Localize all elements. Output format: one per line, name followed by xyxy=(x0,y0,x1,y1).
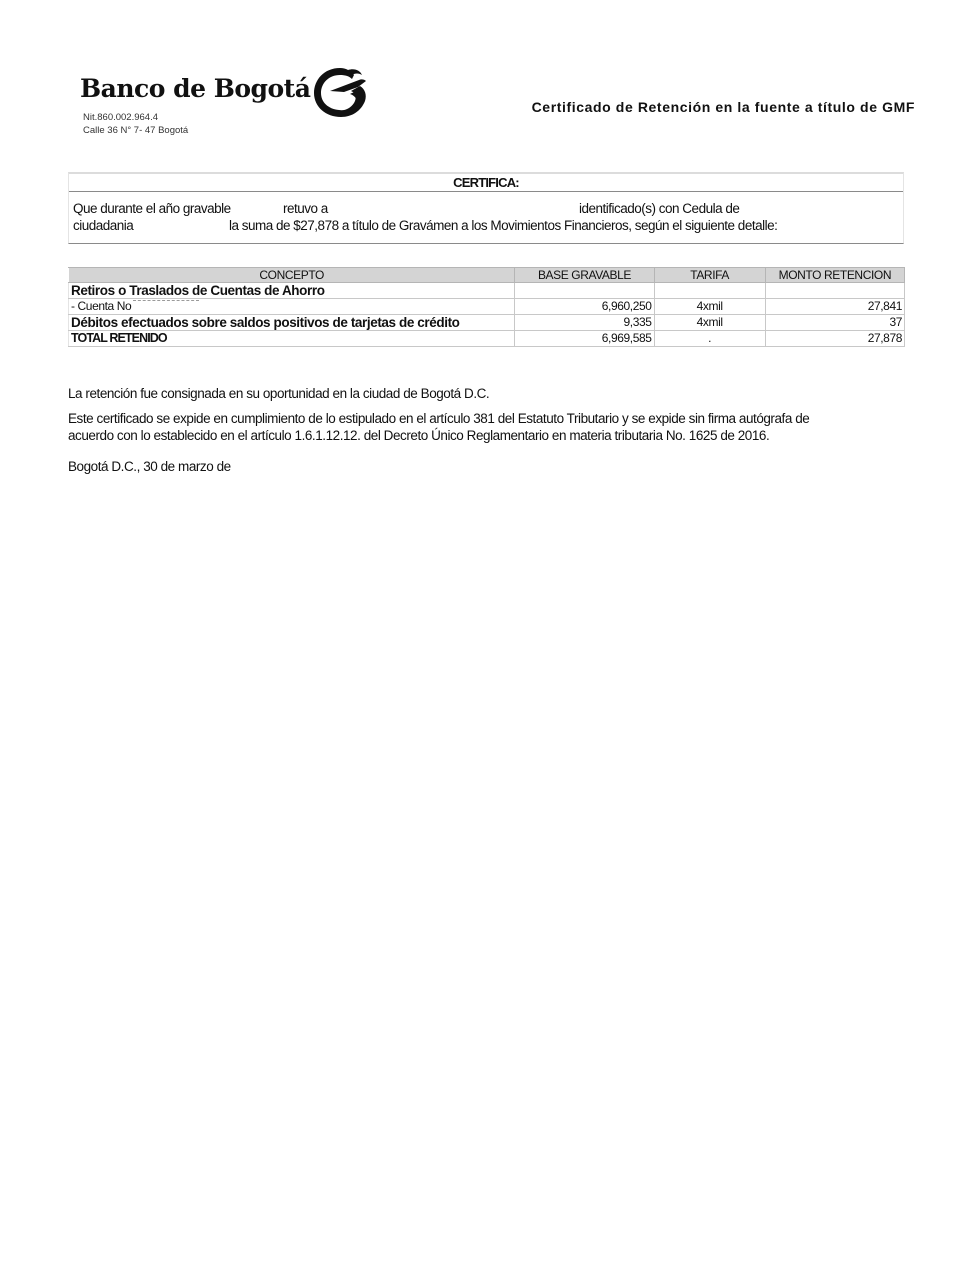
bank-logo-icon xyxy=(310,64,370,120)
tarifa-cell: 4xmil xyxy=(654,299,765,315)
column-header-monto-retencion: MONTO RETENCION xyxy=(765,268,904,283)
tarifa-cell xyxy=(654,283,765,299)
monto-retencion-cell: 27,878 xyxy=(765,331,904,347)
certifica-text-retained: retuvo a xyxy=(283,201,328,216)
certifica-text-identified: identificado(s) con Cedula de xyxy=(579,201,739,216)
base-gravable-cell: 9,335 xyxy=(515,315,654,331)
base-gravable-cell: 6,969,585 xyxy=(515,331,654,347)
retention-detail-table: CONCEPTO BASE GRAVABLE TARIFA MONTO RETE… xyxy=(68,267,905,347)
bank-address: Calle 36 N° 7- 47 Bogotá xyxy=(83,125,188,136)
bank-nit: Nit.860.002.964.4 xyxy=(83,112,158,123)
column-header-tarifa: TARIFA xyxy=(654,268,765,283)
table-row: Retiros o Traslados de Cuentas de Ahorro xyxy=(69,283,905,299)
monto-retencion-cell: 27,841 xyxy=(765,299,904,315)
document-title: Certificado de Retención en la fuente a … xyxy=(532,99,915,115)
monto-retencion-cell: 37 xyxy=(765,315,904,331)
concepto-cell: - Cuenta No xyxy=(69,299,515,315)
certifica-heading: CERTIFICA: xyxy=(69,174,903,192)
certifica-text-year: Que durante el año gravable xyxy=(73,201,231,216)
table-row: Débitos efectuados sobre saldos positivo… xyxy=(69,315,905,331)
legal-statement-line-1: Este certificado se expide en cumplimien… xyxy=(68,410,809,427)
date-line: Bogotá D.C., 30 de marzo de xyxy=(68,458,231,475)
legal-statement-line-2: acuerdo con lo establecido en el artícul… xyxy=(68,427,769,444)
tarifa-cell: 4xmil xyxy=(654,315,765,331)
consignment-statement: La retención fue consignada en su oportu… xyxy=(68,385,489,402)
base-gravable-cell: 6,960,250 xyxy=(515,299,654,315)
masked-account-number xyxy=(133,300,199,301)
bank-name: Banco de Bogotá xyxy=(80,74,310,103)
certifica-text-amount: la suma de $27,878 a título de Gravámen … xyxy=(229,218,777,233)
monto-retencion-cell xyxy=(765,283,904,299)
concepto-cell: Retiros o Traslados de Cuentas de Ahorro xyxy=(69,283,515,299)
table-row: - Cuenta No 6,960,250 4xmil 27,841 xyxy=(69,299,905,315)
certifica-section: CERTIFICA: Que durante el año gravable r… xyxy=(68,172,904,244)
concepto-cell: Débitos efectuados sobre saldos positivo… xyxy=(69,315,515,331)
column-header-base-gravable: BASE GRAVABLE xyxy=(515,268,654,283)
table-row-total: TOTAL RETENIDO 6,969,585 . 27,878 xyxy=(69,331,905,347)
concepto-cell: TOTAL RETENIDO xyxy=(69,331,515,347)
column-header-concepto: CONCEPTO xyxy=(69,268,515,283)
bank-logo-block: Banco de Bogotá Nit.860.002.964.4 Calle … xyxy=(80,64,380,144)
tarifa-cell: . xyxy=(654,331,765,347)
account-label: - Cuenta No xyxy=(71,299,131,313)
table-header-row: CONCEPTO BASE GRAVABLE TARIFA MONTO RETE… xyxy=(69,268,905,283)
certifica-text-ciudadania: ciudadania xyxy=(73,218,133,233)
base-gravable-cell xyxy=(515,283,654,299)
